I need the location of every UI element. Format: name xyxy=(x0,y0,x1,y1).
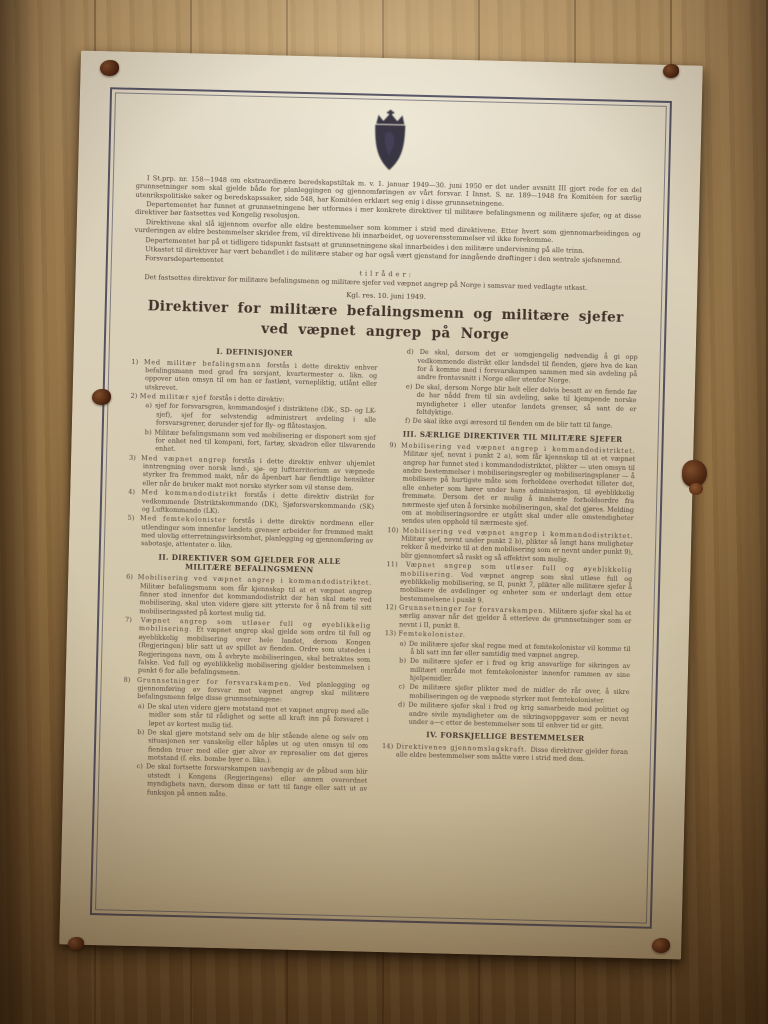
item-number: 4) xyxy=(128,488,141,496)
directive-item: 11) Væpnet angrep som utløser full og øy… xyxy=(386,560,633,608)
subitem-text: De militære sjefer er i fred og krig ans… xyxy=(410,657,631,683)
item-number: 8) xyxy=(124,675,138,683)
subitem-text: De skal, dersom Norge blir helt eller de… xyxy=(415,383,637,417)
subitem-letter: c) xyxy=(398,683,409,691)
directive-item: 9) Mobilisering ved væpnet angrep i komm… xyxy=(388,441,636,531)
item-number: 13) xyxy=(385,629,399,637)
directive-subitem: b) De skal gjøre motstand selv om de bli… xyxy=(122,728,369,768)
subitem-text: Militær befalingsmann som ved mobiliseri… xyxy=(154,428,375,453)
rusty-tack-bottom-left xyxy=(68,937,84,950)
directive-subitem: e) De skal, dersom Norge blir helt eller… xyxy=(390,382,637,422)
directive-item: 10) Mobilisering ved væpnet angrep i kom… xyxy=(387,526,634,566)
item-number: 12) xyxy=(385,603,399,611)
poster-paper: I St.prp. nr. 158—1948 om ekstraordinære… xyxy=(59,51,703,960)
directive-item: 3) Med væpnet angrep forstås i dette dir… xyxy=(128,453,375,493)
item-number: 10) xyxy=(387,526,402,534)
item-number: 11) xyxy=(386,560,406,568)
left-column: I. DEFINISJONER1) Med militær befalingsm… xyxy=(121,341,378,803)
item-number: 1) xyxy=(131,357,144,365)
directive-item: 7) Væpnet angrep som utløser full og øye… xyxy=(124,616,371,681)
subitem-letter: d) xyxy=(398,701,408,709)
item-text: Et væpnet angrep skal gjelde som ordre t… xyxy=(138,626,371,677)
directive-item: 6) Mobilisering ved væpnet angrep i komm… xyxy=(125,573,372,621)
border-frame: I St.prp. nr. 158—1948 om ekstraordinære… xyxy=(90,87,672,928)
item-text: Militær befalingsmann som får kjennskap … xyxy=(139,582,372,618)
directive-item: 5) Med femtekolonister forstås i dette d… xyxy=(127,514,374,554)
rusty-tack-top-right xyxy=(663,64,679,78)
item-number: 6) xyxy=(126,573,138,581)
subitem-letter: b) xyxy=(137,728,147,736)
intro-text-block: I St.prp. nr. 158—1948 om ekstraordinære… xyxy=(133,174,641,294)
item-lead: Med militær sjef xyxy=(140,392,210,402)
item-number: 14) xyxy=(382,742,396,750)
item-number: 5) xyxy=(128,514,141,522)
directive-subitem: d) De skal, dersom det er uomgjengelig n… xyxy=(391,348,638,388)
subitem-text: De skal uten videre gjøre motstand mot e… xyxy=(147,702,369,729)
right-column: d) De skal, dersom det er uomgjengelig n… xyxy=(381,348,638,810)
subitem-text: De skal, dersom det er uomgjengelig nødv… xyxy=(417,348,638,385)
item-number: 9) xyxy=(389,441,401,449)
rusty-tack-middle-left xyxy=(92,389,111,405)
subitem-letter: d) xyxy=(407,348,420,356)
subitem-text: De skal gjøre motstand selv om de blir s… xyxy=(147,728,368,764)
subitem-text: De militære sjefer skal i fred og krig s… xyxy=(408,701,629,731)
subitem-text: sjef for forsvarsgren, kommandosjef i di… xyxy=(155,402,376,431)
directives-columns: I. DEFINISJONER1) Med militær befalingsm… xyxy=(121,341,638,809)
item-number: 7) xyxy=(125,616,141,624)
item-lead: Femtekolonister. xyxy=(398,630,465,640)
subitem-letter: b) xyxy=(399,657,410,665)
subitem-letter: a) xyxy=(145,402,155,410)
directive-subitem: c) De skal fortsette forsvarskampen uavh… xyxy=(121,762,368,802)
directive-subitem: d) De militære sjefer skal i fred og kri… xyxy=(383,700,630,731)
directive-item: 14) Direktivenes gjennomslagskraft. Diss… xyxy=(382,742,628,765)
photo-document-on-wall: I St.prp. nr. 158—1948 om ekstraordinære… xyxy=(0,0,768,1024)
item-text: Militær sjef, nevnt i punkt 2 a), som få… xyxy=(402,450,636,528)
rusty-tack-top-left xyxy=(100,60,119,76)
subitem-text: De skal fortsette forsvarskampen uavheng… xyxy=(146,763,368,798)
item-text: forstås i dette direktiv: xyxy=(209,394,284,404)
subitem-letter: b) xyxy=(145,428,155,436)
section-heading: II. DIREKTIVER SOM GJELDER FOR ALLE MILI… xyxy=(136,552,362,576)
item-number: 3) xyxy=(129,453,141,461)
frame-inner: I St.prp. nr. 158—1948 om ekstraordinære… xyxy=(95,92,667,923)
directive-item: 1) Med militær befalingsmann forstås i d… xyxy=(131,357,378,397)
subitem-letter: a) xyxy=(138,702,147,710)
item-text: Militær sjef, nevnt under punkt 2 b), pl… xyxy=(401,535,634,564)
rusty-tack-bottom-right xyxy=(652,938,670,953)
coat-of-arms-icon xyxy=(366,110,414,177)
